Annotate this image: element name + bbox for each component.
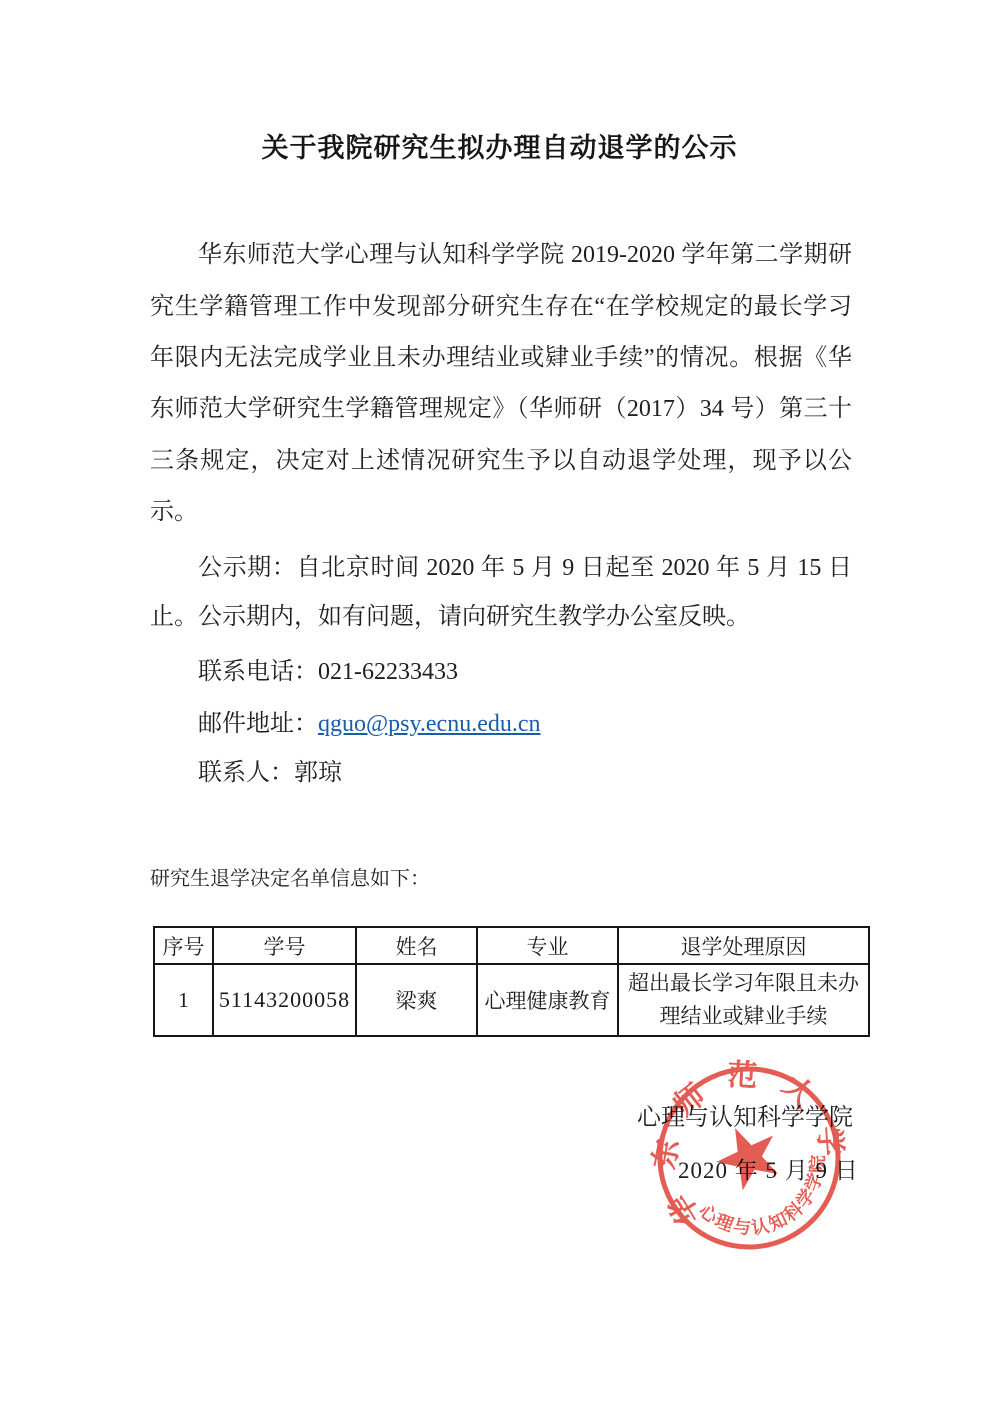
body-line-4: 东师范大学研究生学籍管理规定》（华师研（2017）34 号）第三十 [150,392,852,426]
contact-email-link[interactable]: qguo@psy.ecnu.edu.cn [318,711,541,737]
header-major: 专业 [477,927,618,964]
header-student-id: 学号 [213,927,356,964]
withdrawal-table: 序号 学号 姓名 专业 退学处理原因 1 51143200058 梁爽 心理健康… [153,926,870,1037]
table-header-row: 序号 学号 姓名 专业 退学处理原因 [154,927,869,964]
contact-phone: 联系电话：021-62233433 [150,655,852,689]
contact-person: 联系人：郭琼 [150,756,852,790]
page-title: 关于我院研究生拟办理自动退学的公示 [0,126,999,165]
body-line-2: 究生学籍管理工作中发现部分研究生存在“在学校规定的最长学习 [150,290,852,324]
header-serial: 序号 [154,927,213,964]
body-line-8: 止。公示期内，如有问题，请向研究生教学办公室反映。 [150,600,852,634]
cell-serial: 1 [154,964,213,1036]
header-name: 姓名 [356,927,477,964]
document-page: { "colors": { "text": "#1f1f1f", "link":… [0,0,999,1414]
table-row: 1 51143200058 梁爽 心理健康教育 超出最长学习年限且未办理结业或肄… [154,964,869,1036]
contact-email-line: 邮件地址：qguo@psy.ecnu.edu.cn [150,707,852,741]
signature-date: 2020 年 5 月 9 日 [678,1152,853,1185]
cell-student-id: 51143200058 [213,964,356,1036]
body-line-6: 示。 [150,495,852,529]
contact-email-label: 邮件地址： [198,711,318,737]
body-line-5: 三条规定，决定对上述情况研究生予以自动退学处理，现予以公 [150,444,852,478]
signature-org: 心理与认知科学学院 [637,1097,855,1132]
body-line-7: 公示期：自北京时间 2020 年 5 月 9 日起至 2020 年 5 月 15… [150,551,852,585]
body-line-3: 年限内无法完成学业且未办理结业或肄业手续”的情况。根据《华 [150,341,852,375]
body-line-1: 华东师范大学心理与认知科学学院 2019-2020 学年第二学期研 [150,238,852,272]
cell-reason: 超出最长学习年限且未办理结业或肄业手续 [618,964,869,1036]
list-intro: 研究生退学决定名单信息如下： [150,862,430,891]
header-reason: 退学处理原因 [618,927,869,964]
cell-major: 心理健康教育 [477,964,618,1036]
cell-name: 梁爽 [356,964,477,1036]
